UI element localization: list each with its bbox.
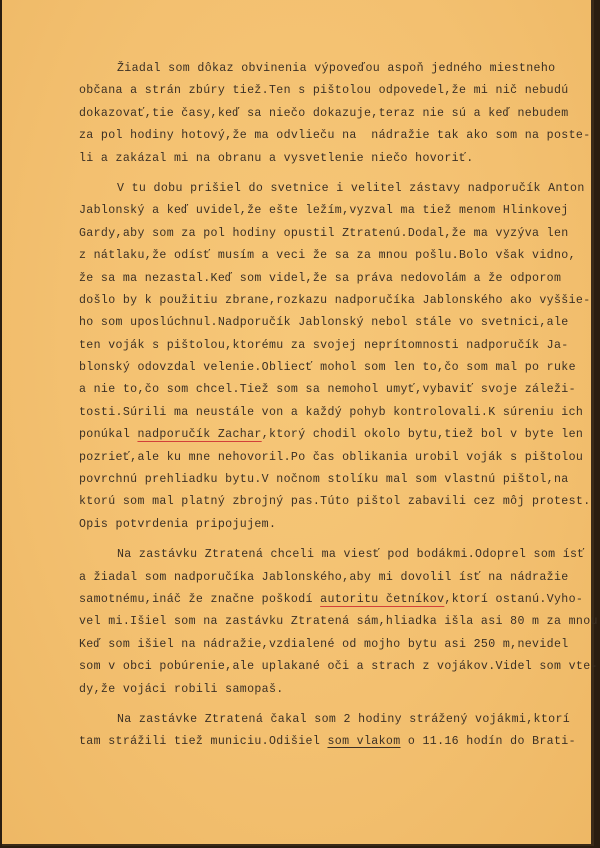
text-line: ho som uposlúchnul.Nadporučík Jablonský … [79,312,599,334]
text-line: a žiadal som nadporučíka Jablonského,aby… [79,567,599,589]
text-line: Žiadal som dôkaz obvinenia výpoveďou asp… [79,58,599,80]
typewritten-page: Žiadal som dôkaz obvinenia výpoveďou asp… [2,0,594,846]
text-line: tosti.Súrili ma neustále von a každý poh… [79,402,599,424]
text-line-underlined: samotnému,ináč že značne poškodí autorit… [79,589,599,611]
text-line: V tu dobu prišiel do svetnice i velitel … [79,178,599,200]
text-line: z nátlaku,že odísť musím a veci že sa za… [79,245,599,267]
text-line: ktorú som mal platný zbrojný pas.Túto pi… [79,491,599,513]
text-line: Keď som išiel na nádražie,vzdialené od m… [79,634,599,656]
underlined-phrase: som vlakom [327,735,400,748]
text-line: Jablonský a keď uvidel,že ešte ležím,vyz… [79,200,599,222]
text-line: ten voják s pištolou,ktorému za svojej n… [79,335,599,357]
text-line: občana a strán zbúry tiež.Ten s pištolou… [79,80,599,102]
text-line: blonský odovzdal velenie.Obliecť mohol s… [79,357,599,379]
underlined-phrase: autoritu četníkov [320,593,444,606]
text-line: za pol hodiny hotový,že ma odvlieču na n… [79,125,599,147]
text-line: pozrieť,ale ku mne nehovoril.Po čas obli… [79,447,599,469]
text-line: vel mi.Išiel som na zastávku Ztratená sá… [79,611,599,633]
text-line: li a zakázal mi na obranu a vysvetlenie … [79,148,599,170]
text-line: Na zastávke Ztratená čakal som 2 hodiny … [79,709,599,731]
text-line: a nie to,čo som chcel.Tiež som sa nemoho… [79,379,599,401]
text-line: dy,že vojáci robili samopaš. [79,679,599,701]
text-line: som v obci pobúrenie,ale uplakané oči a … [79,656,599,678]
text-line-underlined: tam strážili tiež municiu.Odišiel som vl… [79,731,599,753]
text-line: Na zastávku Ztratená chceli ma viesť pod… [79,544,599,566]
text-line: Gardy,aby som za pol hodiny opustil Ztra… [79,223,599,245]
document-body: Žiadal som dôkaz obvinenia výpoveďou asp… [79,58,599,754]
text-line: dokazovať,tie časy,keď sa niečo dokazuje… [79,103,599,125]
text-line: došlo by k použitiu zbrane,rozkazu nadpo… [79,290,599,312]
text-line-underlined: ponúkal nadporučík Zachar,ktorý chodil o… [79,424,599,446]
text-line: povrchnú prehliadku bytu.V nočnom stolík… [79,469,599,491]
underlined-phrase: nadporučík Zachar [137,428,261,441]
text-line: Opis potvrdenia pripojujem. [79,514,599,536]
text-line: že sa ma nezastal.Keď som videl,že sa pr… [79,268,599,290]
